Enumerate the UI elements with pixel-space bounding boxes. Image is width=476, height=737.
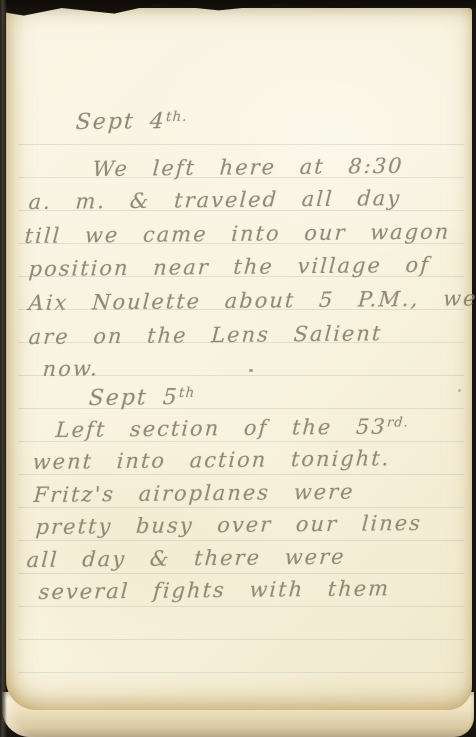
- handwritten-line: several fights with them: [38, 576, 391, 604]
- handwritten-text: Sept 4th. We left here at 8:30 a. m. & t…: [0, 0, 476, 737]
- scan-border-left: [0, 0, 7, 737]
- handwritten-line: Left section of the 53rd.: [55, 414, 409, 442]
- handwritten-line: all day & there were: [26, 545, 346, 572]
- handwritten-line-date: Sept 4th.: [75, 109, 188, 135]
- handwritten-line: now.: [42, 356, 100, 381]
- handwritten-line: till we came into our wagon: [24, 220, 451, 248]
- handwritten-line: are on the Lens Salient: [28, 321, 383, 349]
- handwritten-line: position near the village of: [28, 253, 431, 281]
- handwritten-line: pretty busy over our lines: [35, 511, 423, 539]
- handwritten-line: went into action tonight.: [32, 446, 391, 474]
- handwritten-line: Fritz's airoplanes were: [33, 480, 355, 507]
- handwritten-line: Aix Noulette about 5 P.M., we: [28, 286, 476, 315]
- handwritten-line-date: Sept 5th: [88, 385, 196, 411]
- handwritten-line: a. m. & traveled all day: [28, 186, 402, 214]
- handwritten-line: We left here at 8:30: [92, 154, 404, 181]
